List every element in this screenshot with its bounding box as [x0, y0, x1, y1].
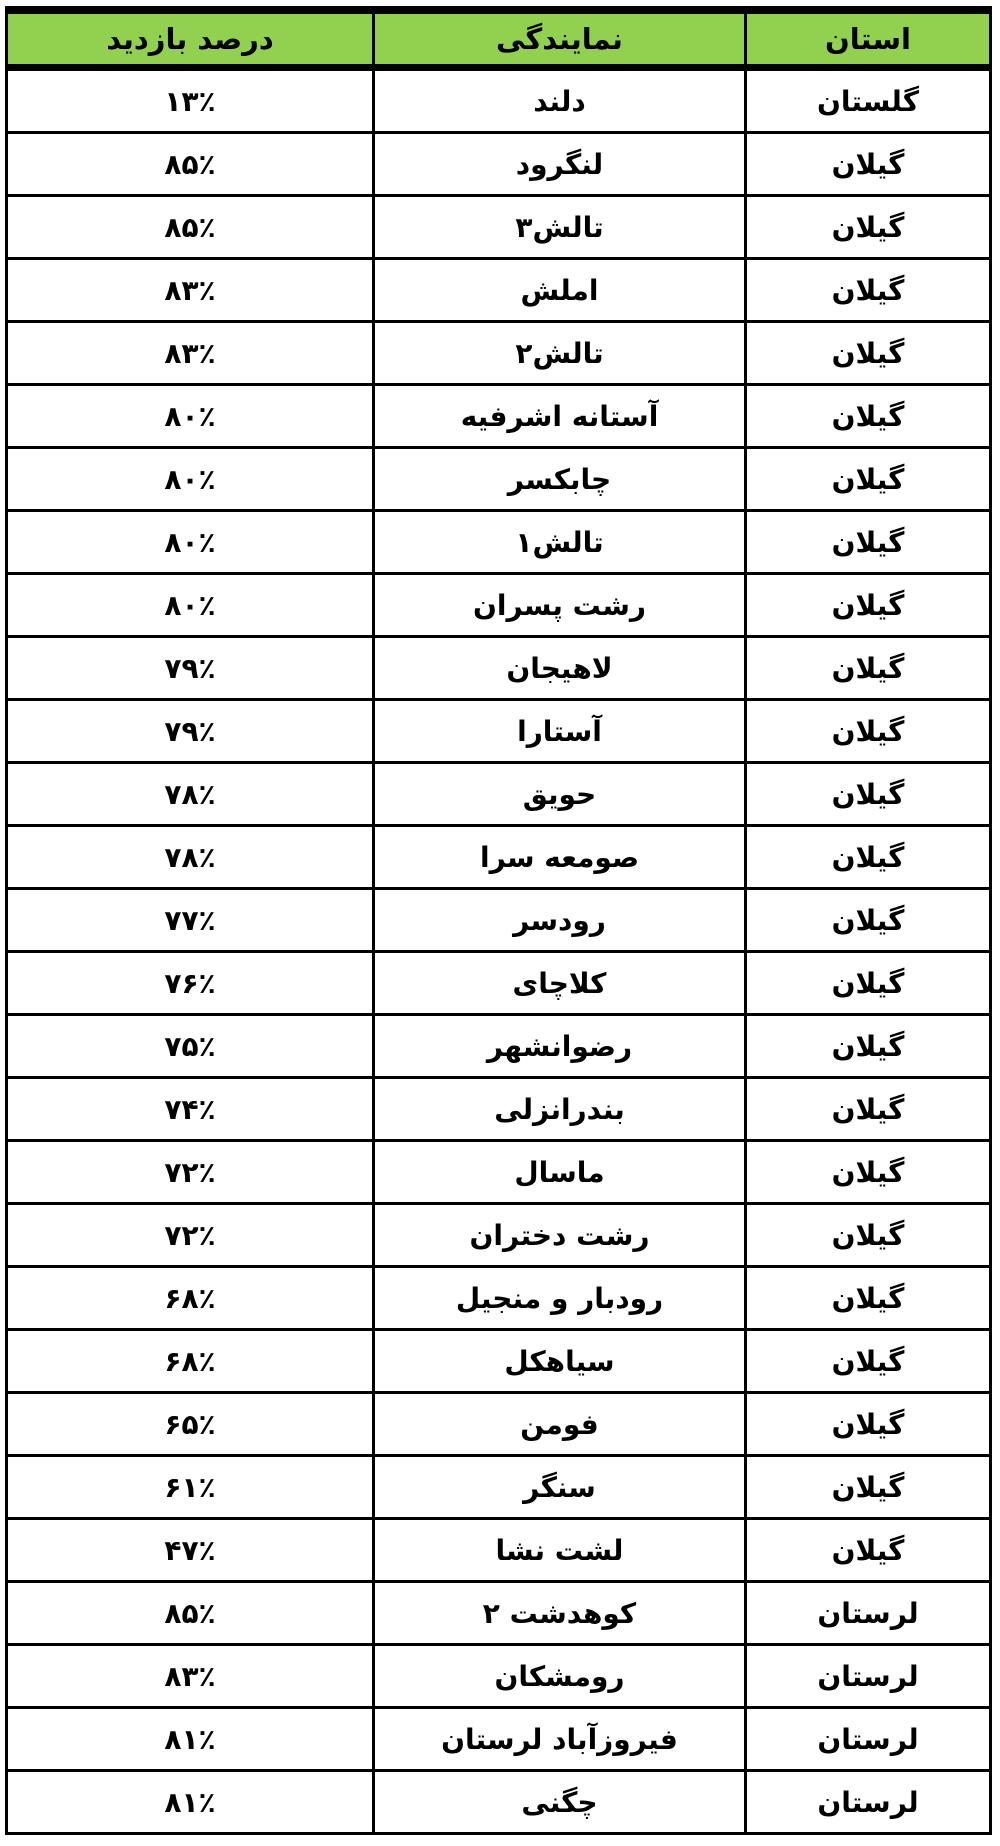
cell-province: گیلان [746, 700, 991, 763]
cell-branch: حویق [374, 763, 746, 826]
cell-branch: صومعه سرا [374, 826, 746, 889]
header-row: استان نمایندگی درصد بازدید [7, 10, 991, 68]
table-row: گیلانحویق۷۸٪ [7, 763, 991, 826]
cell-province: گیلان [746, 1204, 991, 1267]
table-row: گیلانرودبار و منجیل۶۸٪ [7, 1267, 991, 1330]
cell-percent: ۸۳٪ [7, 259, 374, 322]
cell-province: گیلان [746, 763, 991, 826]
cell-percent: ۷۵٪ [7, 1015, 374, 1078]
cell-percent: ۷۹٪ [7, 700, 374, 763]
table-row: گیلانماسال۷۲٪ [7, 1141, 991, 1204]
cell-percent: ۸۱٪ [7, 1771, 374, 1834]
cell-province: گیلان [746, 889, 991, 952]
visit-percentage-table: استان نمایندگی درصد بازدید گلستاندلند۱۳٪… [5, 6, 992, 1835]
cell-province: گیلان [746, 1330, 991, 1393]
table-row: گلستاندلند۱۳٪ [7, 68, 991, 133]
cell-province: گیلان [746, 196, 991, 259]
cell-province: گیلان [746, 1519, 991, 1582]
table-row: گیلانتالش۲۸۳٪ [7, 322, 991, 385]
cell-province: گیلان [746, 574, 991, 637]
cell-branch: دلند [374, 68, 746, 133]
cell-branch: کوهدشت ۲ [374, 1582, 746, 1645]
cell-percent: ۸۰٪ [7, 448, 374, 511]
cell-province: گیلان [746, 448, 991, 511]
cell-percent: ۸۵٪ [7, 1582, 374, 1645]
table-row: گیلانتالش۳۸۵٪ [7, 196, 991, 259]
cell-branch: املش [374, 259, 746, 322]
cell-province: گیلان [746, 1141, 991, 1204]
cell-branch: آستارا [374, 700, 746, 763]
cell-branch: فومن [374, 1393, 746, 1456]
table-row: گیلانصومعه سرا۷۸٪ [7, 826, 991, 889]
cell-percent: ۷۲٪ [7, 1141, 374, 1204]
cell-province: گیلان [746, 637, 991, 700]
cell-branch: رودبار و منجیل [374, 1267, 746, 1330]
cell-branch: رضوانشهر [374, 1015, 746, 1078]
table-row: گیلانلنگرود۸۵٪ [7, 133, 991, 196]
cell-percent: ۷۴٪ [7, 1078, 374, 1141]
cell-percent: ۶۸٪ [7, 1267, 374, 1330]
table-row: گیلانفومن۶۵٪ [7, 1393, 991, 1456]
cell-province: گیلان [746, 511, 991, 574]
cell-branch: لنگرود [374, 133, 746, 196]
table-row: گیلانآستانه اشرفیه۸۰٪ [7, 385, 991, 448]
cell-province: لرستان [746, 1708, 991, 1771]
cell-percent: ۸۵٪ [7, 196, 374, 259]
cell-branch: رشت پسران [374, 574, 746, 637]
cell-percent: ۸۰٪ [7, 385, 374, 448]
cell-percent: ۸۱٪ [7, 1708, 374, 1771]
column-header-branch: نمایندگی [374, 10, 746, 68]
cell-percent: ۶۵٪ [7, 1393, 374, 1456]
table-row: لرستانچگنی۸۱٪ [7, 1771, 991, 1834]
table-row: گیلانسیاهکل۶۸٪ [7, 1330, 991, 1393]
column-header-percent: درصد بازدید [7, 10, 374, 68]
cell-percent: ۸۰٪ [7, 574, 374, 637]
cell-percent: ۴۷٪ [7, 1519, 374, 1582]
cell-branch: تالش۳ [374, 196, 746, 259]
cell-province: گلستان [746, 68, 991, 133]
table-row: گیلانچابکسر۸۰٪ [7, 448, 991, 511]
cell-province: گیلان [746, 259, 991, 322]
cell-percent: ۶۸٪ [7, 1330, 374, 1393]
table-row: لرستانکوهدشت ۲۸۵٪ [7, 1582, 991, 1645]
cell-province: گیلان [746, 1393, 991, 1456]
table-row: گیلانلشت نشا۴۷٪ [7, 1519, 991, 1582]
cell-province: گیلان [746, 1267, 991, 1330]
table-row: لرستانرومشکان۸۳٪ [7, 1645, 991, 1708]
cell-branch: بندرانزلی [374, 1078, 746, 1141]
cell-percent: ۱۳٪ [7, 68, 374, 133]
cell-branch: آستانه اشرفیه [374, 385, 746, 448]
cell-percent: ۷۹٪ [7, 637, 374, 700]
cell-branch: کلاچای [374, 952, 746, 1015]
cell-branch: چگنی [374, 1771, 746, 1834]
cell-branch: لاهیجان [374, 637, 746, 700]
table-row: گیلانرشت دختران۷۲٪ [7, 1204, 991, 1267]
cell-province: لرستان [746, 1645, 991, 1708]
table-row: گیلانرضوانشهر۷۵٪ [7, 1015, 991, 1078]
cell-percent: ۸۳٪ [7, 322, 374, 385]
cell-branch: سنگر [374, 1456, 746, 1519]
table-row: گیلانلاهیجان۷۹٪ [7, 637, 991, 700]
table-row: گیلانتالش۱۸۰٪ [7, 511, 991, 574]
table-row: گیلانسنگر۶۱٪ [7, 1456, 991, 1519]
table-row: گیلانرشت پسران۸۰٪ [7, 574, 991, 637]
cell-branch: چابکسر [374, 448, 746, 511]
cell-province: گیلان [746, 322, 991, 385]
cell-percent: ۸۰٪ [7, 511, 374, 574]
table-body: گلستاندلند۱۳٪گیلانلنگرود۸۵٪گیلانتالش۳۸۵٪… [7, 68, 991, 1834]
cell-percent: ۸۳٪ [7, 1645, 374, 1708]
cell-percent: ۷۶٪ [7, 952, 374, 1015]
cell-province: گیلان [746, 826, 991, 889]
cell-percent: ۶۱٪ [7, 1456, 374, 1519]
table-row: گیلانبندرانزلی۷۴٪ [7, 1078, 991, 1141]
cell-branch: لشت نشا [374, 1519, 746, 1582]
cell-province: گیلان [746, 1015, 991, 1078]
cell-percent: ۷۷٪ [7, 889, 374, 952]
cell-branch: فیروزآباد لرستان [374, 1708, 746, 1771]
table-row: گیلانکلاچای۷۶٪ [7, 952, 991, 1015]
cell-province: گیلان [746, 385, 991, 448]
cell-percent: ۸۵٪ [7, 133, 374, 196]
cell-branch: رودسر [374, 889, 746, 952]
column-header-province: استان [746, 10, 991, 68]
cell-province: لرستان [746, 1582, 991, 1645]
table-row: گیلانرودسر۷۷٪ [7, 889, 991, 952]
cell-percent: ۷۸٪ [7, 826, 374, 889]
cell-branch: رشت دختران [374, 1204, 746, 1267]
table-row: گیلانآستارا۷۹٪ [7, 700, 991, 763]
cell-province: گیلان [746, 1456, 991, 1519]
cell-branch: تالش۲ [374, 322, 746, 385]
cell-branch: رومشکان [374, 1645, 746, 1708]
cell-province: لرستان [746, 1771, 991, 1834]
cell-percent: ۷۲٪ [7, 1204, 374, 1267]
cell-province: گیلان [746, 133, 991, 196]
table-header: استان نمایندگی درصد بازدید [7, 10, 991, 68]
cell-percent: ۷۸٪ [7, 763, 374, 826]
cell-province: گیلان [746, 952, 991, 1015]
cell-branch: سیاهکل [374, 1330, 746, 1393]
cell-branch: تالش۱ [374, 511, 746, 574]
cell-branch: ماسال [374, 1141, 746, 1204]
table-row: گیلاناملش۸۳٪ [7, 259, 991, 322]
table-row: لرستانفیروزآباد لرستان۸۱٪ [7, 1708, 991, 1771]
cell-province: گیلان [746, 1078, 991, 1141]
